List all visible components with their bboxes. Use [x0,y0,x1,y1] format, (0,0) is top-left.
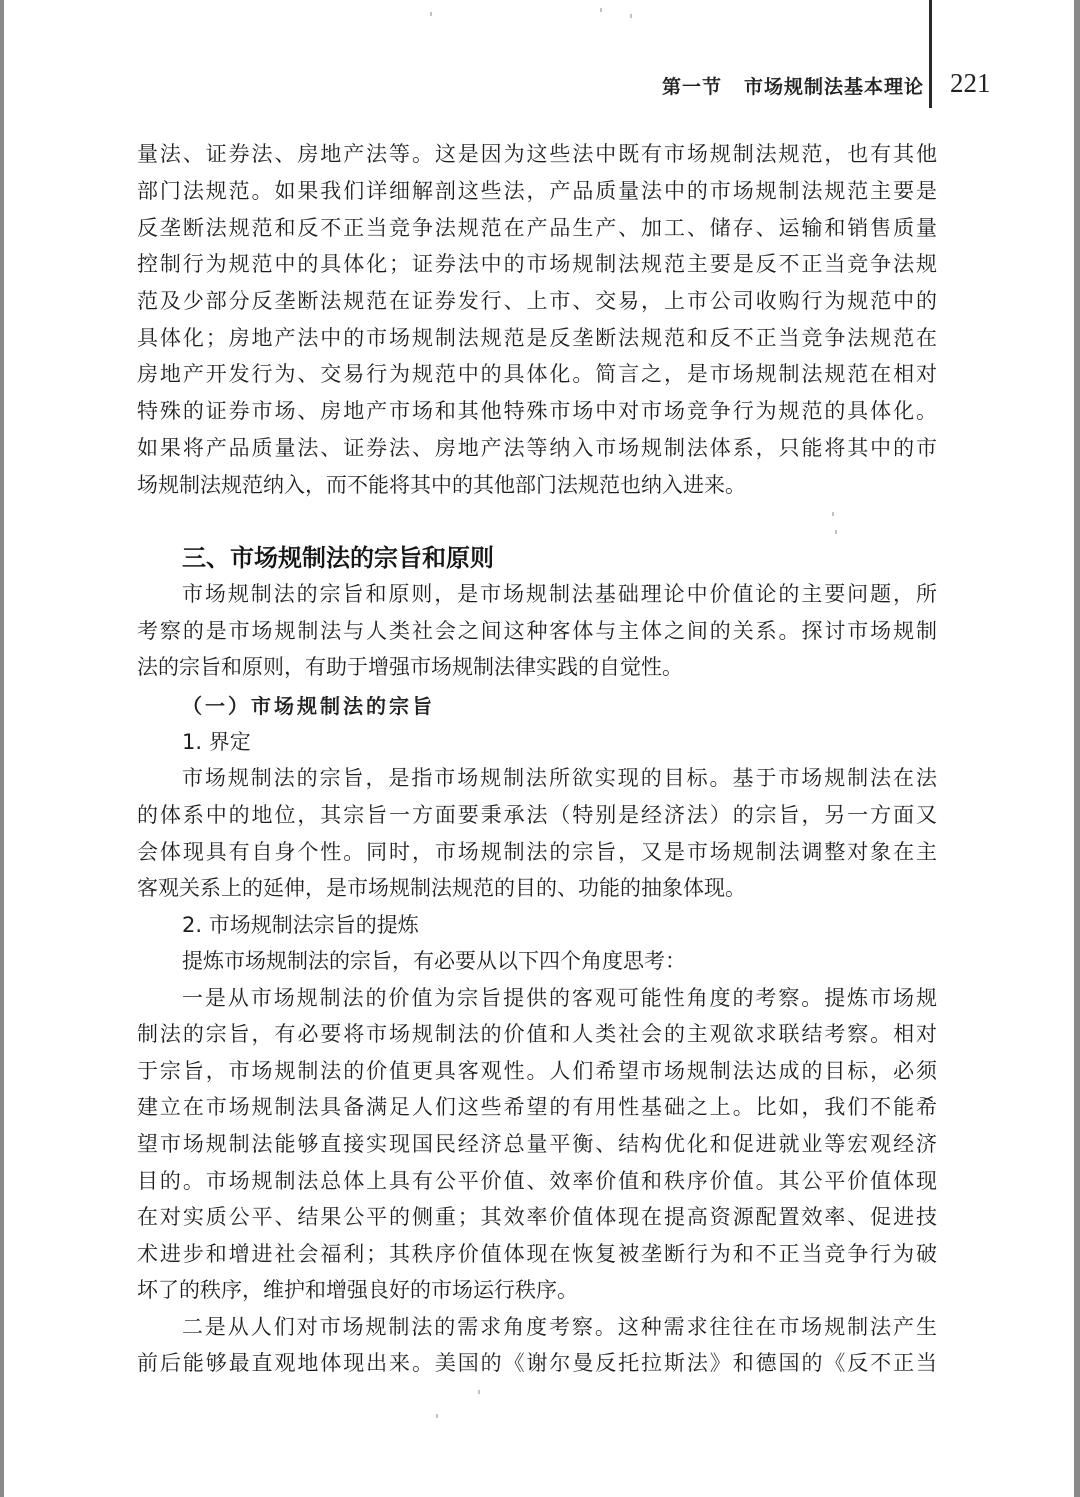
text-line: 目的。市场规制法总体上具有公平价值、效率价值和秩序价值。其公平价值体现 [137,1163,937,1199]
item2-intro: 提炼市场规制法的宗旨，有必要从以下四个角度思考： [182,943,937,979]
text-line: 一是从市场规制法的价值为宗旨提供的客观可能性角度的考察。提炼市场规 [182,980,937,1016]
text-line: 房地产开发行为、交易行为规范中的具体化。简言之，是市场规制法规范在相对 [137,356,937,392]
page-number: 221 [950,68,991,99]
text-line: 在对实质公平、结果公平的侧重；其效率价值体现在提高资源配置效率、促进技 [137,1199,937,1235]
text-line: 场规制法规范纳入，而不能将其中的其他部门法规范也纳入进来。 [137,467,937,503]
scan-speck [430,12,432,16]
scan-edge-right [1074,0,1080,1497]
text-line: 范及少部分反垄断法规范在证券发行、上市、交易，上市公司收购行为规范中的 [137,283,937,319]
text-line: 反垄断法规范和反不正当竞争法规范在产品生产、加工、储存、运输和销售质量 [137,210,937,246]
running-header: 第一节市场规制法基本理论 [662,72,924,99]
text-line: 量法、证券法、房地产法等。这是因为这些法中既有市场规制法规范，也有其他 [137,136,937,172]
text-line: 坏了的秩序，维护和增强良好的市场运行秩序。 [137,1272,937,1308]
item-heading-1: 1. 界定 [182,724,251,760]
text-line: 客观关系上的延伸，是市场规制法规范的目的、功能的抽象体现。 [137,870,937,906]
header-divider [929,0,932,108]
item-heading-2: 2. 市场规制法宗旨的提炼 [182,907,419,943]
scan-speck [600,8,602,12]
text-line: 如果将产品质量法、证券法、房地产法等纳入市场规制法体系，只能将其中的市 [137,430,937,466]
text-line: 法的宗旨和原则，有助于增强市场规制法律实践的自觉性。 [137,649,937,685]
subsection-heading: （一）市场规制法的宗旨 [182,688,435,724]
text-line: 前后能够最直观地体现出来。美国的《谢尔曼反托拉斯法》和德国的《反不正当 [137,1345,937,1381]
text-line: 于宗旨，市场规制法的价值更具客观性。人们希望市场规制法达成的目标，必须 [137,1053,937,1089]
text-line: 的体系中的地位，其宗旨一方面要秉承法（特别是经济法）的宗旨，另一方面又 [137,797,937,833]
text-line: 二是从人们对市场规制法的需求角度考察。这种需求往往在市场规制法产生 [182,1309,937,1345]
scan-speck [835,530,837,534]
text-line: 望市场规制法能够直接实现国民经济总量平衡、结构优化和促进就业等宏观经济 [137,1126,937,1162]
scan-speck [478,1390,480,1394]
chapter-title: 市场规制法基本理论 [744,76,924,98]
scan-speck [832,512,834,516]
text-line: 建立在市场规制法具备满足人们这些希望的有用性基础之上。比如，我们不能希 [137,1089,937,1125]
text-line: 考察的是市场规制法与人类社会之间这种客体与主体之间的关系。探讨市场规制 [137,613,937,649]
text-line: 市场规制法的宗旨和原则，是市场规制法基础理论中价值论的主要问题，所 [182,576,937,612]
section-label: 第一节 [662,76,722,98]
text-line: 会体现具有自身个性。同时，市场规制法的宗旨，又是市场规制法调整对象在主 [137,834,937,870]
text-line: 控制行为规范中的具体化；证券法中的市场规制法规范主要是反不正当竞争法规 [137,246,937,282]
scan-edge-left [0,0,4,1497]
section-heading: 三、市场规制法的宗旨和原则 [182,540,494,576]
text-line: 部门法规范。如果我们详细解剖这些法，产品质量法中的市场规制法规范主要是 [137,173,937,209]
text-line: 具体化；房地产法中的市场规制法规范是反垄断法规范和反不正当竞争法规范在 [137,320,937,356]
text-line: 制法的宗旨，有必要将市场规制法的价值和人类社会的主观欲求联结考察。相对 [137,1016,937,1052]
scan-speck [630,14,632,18]
text-line: 市场规制法的宗旨，是指市场规制法所欲实现的目标。基于市场规制法在法 [182,760,937,796]
scan-speck [436,1414,438,1418]
text-line: 术进步和增进社会福利；其秩序价值体现在恢复被垄断行为和不正当竞争行为破 [137,1236,937,1272]
text-line: 特殊的证券市场、房地产市场和其他特殊市场中对市场竞争行为规范的具体化。 [137,393,937,429]
